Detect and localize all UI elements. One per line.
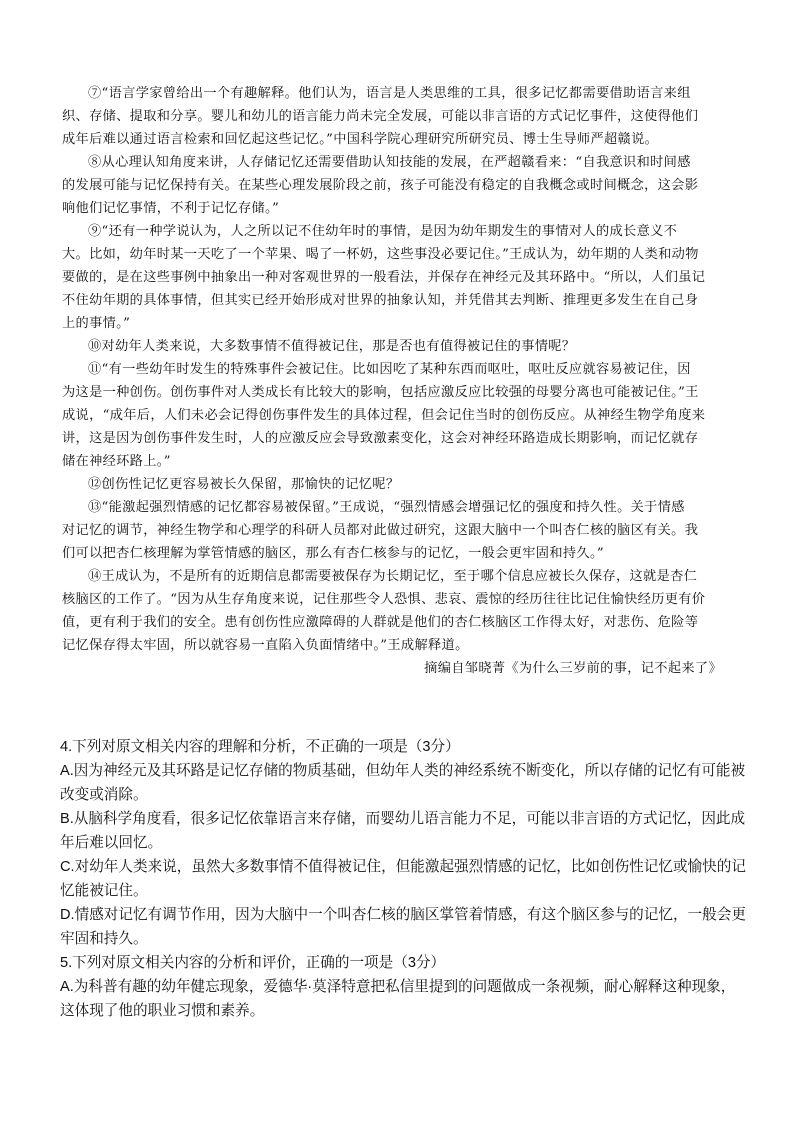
option-line: 忆能被记住。 — [60, 879, 730, 903]
paragraph-line: 大。比如，幼年时某一天吃了一个苹果、喝了一杯奶，这些事没必要记住。”王成认为，幼… — [62, 243, 724, 266]
paragraph-line: ⑪“有一些幼年时发生的特殊事件会被记住。比如因吃了某种东西而呕吐，呕吐反应就容易… — [62, 358, 724, 381]
option-line: B.从脑科学角度看，很多记忆依靠语言来存储，而婴幼儿语言能力不足，可能以非言语的… — [60, 807, 730, 831]
passage-source-citation: 摘编自邹晓菁《为什么三岁前的事，记不起来了》 — [62, 657, 724, 680]
option-d: D.情感对记忆有调节作用，因为大脑中一个叫杏仁核的脑区掌管着情感，有这个脑区参与… — [60, 903, 730, 951]
paragraph-8: ⑧从心理认知角度来讲，人存储记忆还需要借助认知技能的发展，在严超赣看来：“自我意… — [62, 151, 724, 220]
paragraph-line: 响他们记忆事情，不利于记忆存储。” — [62, 197, 724, 220]
paragraph-7: ⑦“语言学家曾给出一个有趣解释。他们认为，语言是人类思维的工具，很多记忆都需要借… — [62, 82, 724, 151]
paragraph-line: 记忆保存得太牢固，所以就容易一直陷入负面情绪中。”王成解释道。 — [62, 634, 724, 657]
paragraph-line: 织、存储、提取和分享。婴儿和幼儿的语言能力尚未完全发展，可能以非言语的方式记忆事… — [62, 105, 724, 128]
option-line: A.为科普有趣的幼年健忘现象，爱德华·莫泽特意把私信里提到的问题做成一条视频，耐… — [60, 975, 730, 999]
option-line: 改变或消除。 — [60, 783, 730, 807]
paragraph-13: ⑬“能激起强烈情感的记忆都容易被保留。”王成说，“强烈情感会增强记忆的强度和持久… — [62, 496, 724, 565]
paragraph-line: ⑫创伤性记忆更容易被长久保留，那愉快的记忆呢？ — [62, 473, 724, 496]
paragraph-line: ⑨“还有一种学说认为，人之所以记不住幼年时的事情，是因为幼年期发生的事情对人的成… — [62, 220, 724, 243]
option-a: A.因为神经元及其环路是记忆存储的物质基础，但幼年人类的神经系统不断变化，所以存… — [60, 759, 730, 807]
question-5: 5.下列对原文相关内容的分析和评价，正确的一项是（3分） A.为科普有趣的幼年健… — [60, 951, 730, 1023]
paragraph-line: 讲，这是因为创伤事件发生时，人的应激反应会导致激素变化，这会对神经环路造成长期影… — [62, 427, 724, 450]
paragraph-12: ⑫创伤性记忆更容易被长久保留，那愉快的记忆呢？ — [62, 473, 724, 496]
option-line: C.对幼年人类来说，虽然大多数事情不值得被记住，但能激起强烈情感的记忆，比如创伤… — [60, 855, 730, 879]
paragraph-line: 们可以把杏仁核理解为掌管情感的脑区，那么有杏仁核参与的记忆，一般会更牢固和持久。… — [62, 542, 724, 565]
question-stem: 5.下列对原文相关内容的分析和评价，正确的一项是（3分） — [60, 951, 730, 975]
paragraph-line: ⑧从心理认知角度来讲，人存储记忆还需要借助认知技能的发展，在严超赣看来：“自我意… — [62, 151, 724, 174]
document-page: ⑦“语言学家曾给出一个有趣解释。他们认为，语言是人类思维的工具，很多记忆都需要借… — [0, 0, 794, 1123]
paragraph-line: 为这是一种创伤。创伤事件对人类成长有比较大的影响，包括应激反应比较强的母婴分离也… — [62, 381, 724, 404]
paragraph-14: ⑭王成认为，不是所有的近期信息都需要被保存为长期记忆，至于哪个信息应被长久保存，… — [62, 565, 724, 657]
paragraph-9: ⑨“还有一种学说认为，人之所以记不住幼年时的事情，是因为幼年期发生的事情对人的成… — [62, 220, 724, 335]
paragraph-line: 不住幼年期的具体事情，但其实已经开始形成对世界的抽象认知，并凭借其去判断、推理更… — [62, 289, 724, 312]
paragraph-line: ⑩对幼年人类来说，大多数事情不值得被记住，那是否也有值得被记住的事情呢？ — [62, 335, 724, 358]
paragraph-line: 上的事情。” — [62, 312, 724, 335]
paragraph-line: ⑭王成认为，不是所有的近期信息都需要被保存为长期记忆，至于哪个信息应被长久保存，… — [62, 565, 724, 588]
question-section: 4.下列对原文相关内容的理解和分析，不正确的一项是（3分） A.因为神经元及其环… — [60, 735, 730, 1023]
paragraph-line: 要做的，是在这些事例中抽象出一种对客观世界的一般看法，并保存在神经元及其环路中。… — [62, 266, 724, 289]
paragraph-11: ⑪“有一些幼年时发生的特殊事件会被记住。比如因吃了某种东西而呕吐，呕吐反应就容易… — [62, 358, 724, 473]
reading-passage: ⑦“语言学家曾给出一个有趣解释。他们认为，语言是人类思维的工具，很多记忆都需要借… — [62, 82, 724, 680]
paragraph-line: 的发展可能与记忆保持有关。在某些心理发展阶段之前，孩子可能没有稳定的自我概念或时… — [62, 174, 724, 197]
option-line: D.情感对记忆有调节作用，因为大脑中一个叫杏仁核的脑区掌管着情感，有这个脑区参与… — [60, 903, 730, 927]
option-line: 牢固和持久。 — [60, 927, 730, 951]
paragraph-line: ⑬“能激起强烈情感的记忆都容易被保留。”王成说，“强烈情感会增强记忆的强度和持久… — [62, 496, 724, 519]
paragraph-line: 成年后难以通过语言检索和回忆起这些记忆。”中国科学院心理研究所研究员、博士生导师… — [62, 128, 724, 151]
paragraph-line: 对记忆的调节，神经生物学和心理学的科研人员都对此做过研究，这跟大脑中一个叫杏仁核… — [62, 519, 724, 542]
paragraph-line: ⑦“语言学家曾给出一个有趣解释。他们认为，语言是人类思维的工具，很多记忆都需要借… — [62, 82, 724, 105]
question-4: 4.下列对原文相关内容的理解和分析，不正确的一项是（3分） A.因为神经元及其环… — [60, 735, 730, 951]
paragraph-line: 成说，“成年后，人们未必会记得创伤事件发生的具体过程，但会记住当时的创伤反应。从… — [62, 404, 724, 427]
option-line: 年后难以回忆。 — [60, 831, 730, 855]
paragraph-line: 值，更有利于我们的安全。患有创伤性应激障碍的人群就是他们的杏仁核脑区工作得太好，… — [62, 611, 724, 634]
question-stem: 4.下列对原文相关内容的理解和分析，不正确的一项是（3分） — [60, 735, 730, 759]
option-a: A.为科普有趣的幼年健忘现象，爱德华·莫泽特意把私信里提到的问题做成一条视频，耐… — [60, 975, 730, 1023]
option-line: A.因为神经元及其环路是记忆存储的物质基础，但幼年人类的神经系统不断变化，所以存… — [60, 759, 730, 783]
option-c: C.对幼年人类来说，虽然大多数事情不值得被记住，但能激起强烈情感的记忆，比如创伤… — [60, 855, 730, 903]
option-line: 这体现了他的职业习惯和素养。 — [60, 999, 730, 1023]
paragraph-line: 核脑区的工作了。“因为从生存角度来说，记住那些令人恐惧、悲哀、震惊的经历往往比记… — [62, 588, 724, 611]
paragraph-10: ⑩对幼年人类来说，大多数事情不值得被记住，那是否也有值得被记住的事情呢？ — [62, 335, 724, 358]
paragraph-line: 储在神经环路上。” — [62, 450, 724, 473]
option-b: B.从脑科学角度看，很多记忆依靠语言来存储，而婴幼儿语言能力不足，可能以非言语的… — [60, 807, 730, 855]
